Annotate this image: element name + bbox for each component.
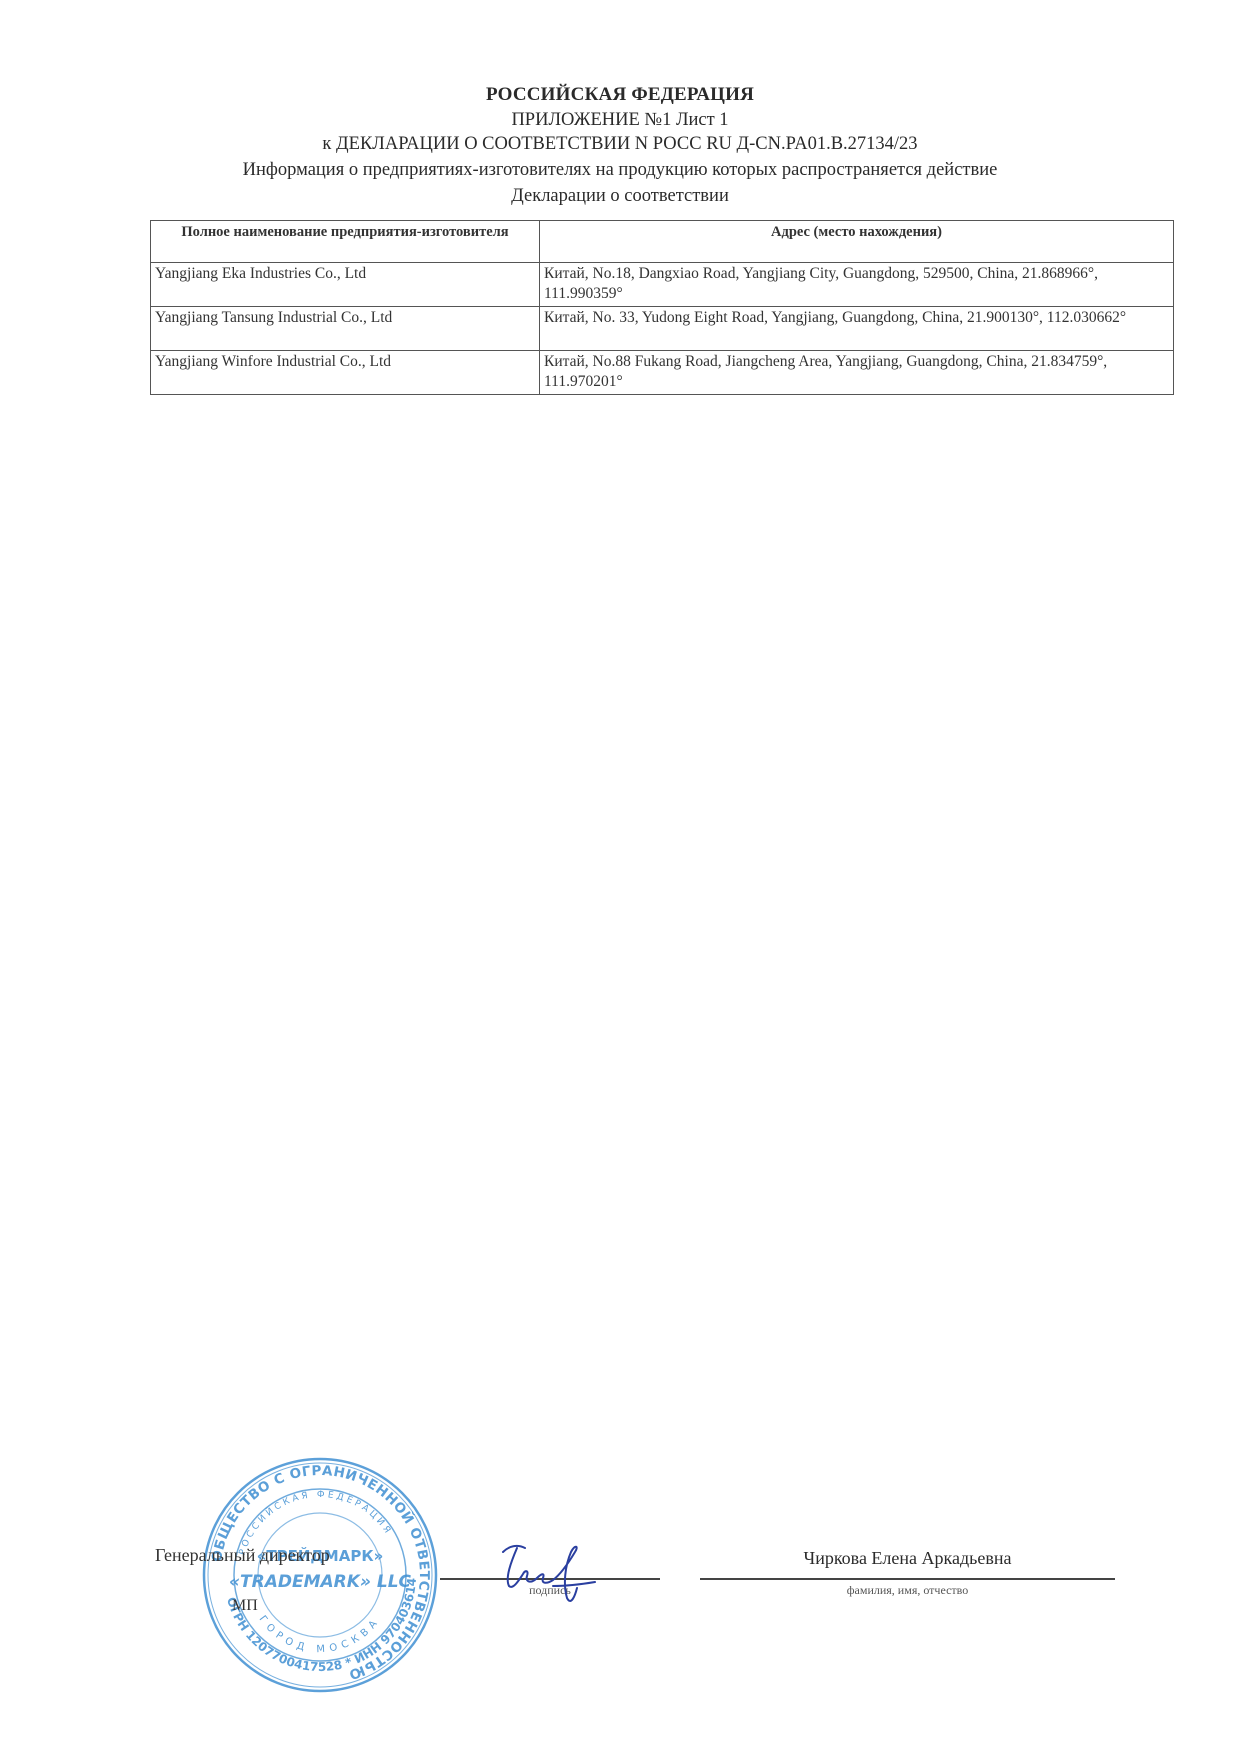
column-header-name-text: Полное наименование предприятия-изготови…	[181, 224, 508, 240]
name-caption: фамилия, имя, отчество	[700, 1583, 1115, 1598]
document-country-heading: РОССИЙСКАЯ ФЕДЕРАЦИЯ	[0, 84, 1240, 106]
column-header-address-text: Адрес (место нахождения)	[771, 224, 942, 240]
name-line	[700, 1578, 1115, 1580]
table-row: Yangjiang Eka Industries Co., Ltd Китай,…	[151, 263, 1174, 307]
column-header-name: Полное наименование предприятия-изготови…	[151, 221, 540, 263]
manufacturer-address: Китай, No. 33, Yudong Eight Road, Yangji…	[540, 307, 1174, 351]
table-row: Yangjiang Winfore Industrial Co., Ltd Ки…	[151, 351, 1174, 395]
stamp-center-en: «TRADEMARK» LLC	[229, 1572, 412, 1592]
manufacturer-address: Китай, No.88 Fukang Road, Jiangcheng Are…	[540, 351, 1174, 395]
manufacturer-name: Yangjiang Tansung Industrial Co., Ltd	[151, 307, 540, 351]
column-header-address: Адрес (место нахождения)	[540, 221, 1174, 263]
company-stamp-icon: ОБЩЕСТВО С ОГРАНИЧЕННОЙ ОТВЕТСТВЕННОСТЬЮ…	[200, 1455, 440, 1695]
signatory-full-name: Чиркова Елена Аркадьевна	[700, 1548, 1115, 1569]
manufacturers-table: Полное наименование предприятия-изготови…	[150, 220, 1174, 395]
declaration-number: к ДЕКЛАРАЦИИ О СООТВЕТСТВИИ N РОСС RU Д-…	[0, 134, 1240, 155]
signatory-role: Генеральный директор	[155, 1545, 330, 1566]
manufacturer-name: Yangjiang Eka Industries Co., Ltd	[151, 263, 540, 307]
table-row: Yangjiang Tansung Industrial Co., Ltd Ки…	[151, 307, 1174, 351]
seal-mark: МП	[232, 1597, 258, 1615]
manufacturer-name: Yangjiang Winfore Industrial Co., Ltd	[151, 351, 540, 395]
appendix-heading: ПРИЛОЖЕНИЕ №1 Лист 1	[0, 110, 1240, 131]
manufacturer-address: Китай, No.18, Dangxiao Road, Yangjiang C…	[540, 263, 1174, 307]
info-line-1: Информация о предприятиях-изготовителях …	[0, 160, 1240, 181]
info-line-2: Декларации о соответствии	[0, 186, 1240, 207]
table-header-row: Полное наименование предприятия-изготови…	[151, 221, 1174, 263]
handwritten-signature-icon	[495, 1540, 605, 1610]
